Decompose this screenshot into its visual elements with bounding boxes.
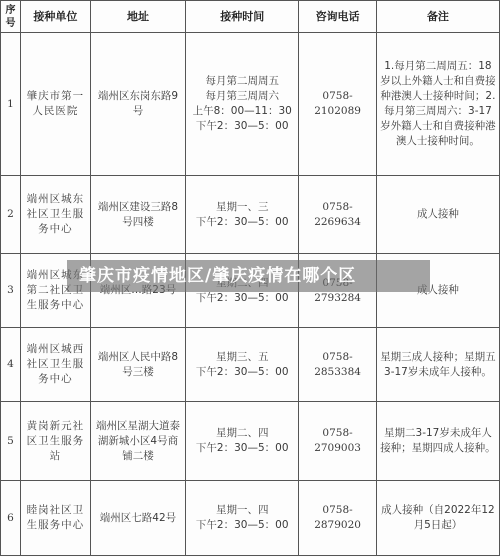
table-row: 5 黄岗新元社区卫生服务站 端州区星湖大道泰湖新城小区4号商铺二楼 星期二、四 … <box>1 402 500 481</box>
cell-time: 星期一、三 下午2：30—5：00 <box>186 176 299 254</box>
cell-no: 1 <box>1 33 21 176</box>
cell-phone: 0758- 2269634 <box>299 176 377 254</box>
cell-unit: 黄岗新元社区卫生服务站 <box>20 402 90 481</box>
table-row: 6 睦岗社区卫生服务中心 端州区七路42号 星期一、四 下午2：30—5：00 … <box>1 481 500 556</box>
cell-time: 星期二、四 下午2：30—5：00 <box>186 402 299 481</box>
header-phone: 咨询电话 <box>299 1 377 33</box>
phone-number: 2269634 <box>302 215 373 230</box>
time-line: 下午2：30—5：00 <box>189 291 295 306</box>
cell-unit: 端州区城东社区卫生服务中心 <box>20 176 90 254</box>
cell-note: 星期三成人接种；星期五3-17岁未成年人接种。 <box>376 328 499 402</box>
phone-area: 0758- <box>302 200 373 215</box>
time-line: 下午2：30—5：00 <box>189 215 295 230</box>
phone-area: 0758- <box>302 350 373 365</box>
cell-phone: 0758- 2879020 <box>299 481 377 556</box>
time-line: 下午2：30—5：00 <box>189 518 295 533</box>
table-header-row: 序号 接种单位 地址 接种时间 咨询电话 备注 <box>1 1 500 33</box>
time-line: 星期一、四 <box>189 503 295 518</box>
cell-note: 1.每月第二周周五：18岁以上外籍人士和自费接种港澳人士接种时间；2.每月第三周… <box>376 33 499 176</box>
table-row: 1 肇庆市第一人民医院 端州区东岗东路9号 每月第二周周五 每月第三周周六 上午… <box>1 33 500 176</box>
header-no: 序号 <box>1 1 21 33</box>
time-line: 星期三、五 <box>189 350 295 365</box>
cell-no: 4 <box>1 328 21 402</box>
vaccination-schedule-document: 序号 接种单位 地址 接种时间 咨询电话 备注 1 肇庆市第一人民医院 端州区东… <box>0 0 500 557</box>
phone-number: 2793284 <box>302 291 373 306</box>
cell-address: 端州区东岗东路9号 <box>90 33 185 176</box>
header-time: 接种时间 <box>186 1 299 33</box>
table-row: 2 端州区城东社区卫生服务中心 端州区建设三路8号四楼 星期一、三 下午2：30… <box>1 176 500 254</box>
cell-phone: 0758- 2853384 <box>299 328 377 402</box>
header-note: 备注 <box>376 1 499 33</box>
cell-no: 2 <box>1 176 21 254</box>
cell-note: 成人接种 <box>376 176 499 254</box>
phone-number: 2853384 <box>302 365 373 380</box>
cell-no: 3 <box>1 254 21 328</box>
cell-unit: 睦岗社区卫生服务中心 <box>20 481 90 556</box>
phone-area: 0758- <box>302 503 373 518</box>
phone-number: 2879020 <box>302 518 373 533</box>
title-overlay-banner: 肇庆市疫情地区/肇庆疫情在哪个区 <box>67 260 430 292</box>
time-line: 下午2：30—5：00 <box>189 441 295 456</box>
cell-note: 成人接种（自2022年12月5日起） <box>376 481 499 556</box>
cell-time: 每月第二周周五 每月第三周周六 上午8：00—11：30 下午2：30—5：00 <box>186 33 299 176</box>
cell-address: 端州区星湖大道泰湖新城小区4号商铺二楼 <box>90 402 185 481</box>
header-unit: 接种单位 <box>20 1 90 33</box>
cell-phone: 0758- 2709003 <box>299 402 377 481</box>
time-line: 星期一、三 <box>189 200 295 215</box>
cell-note: 星期二3-17岁未成年人接种；星期四成人接种。 <box>376 402 499 481</box>
time-line: 每月第二周周五 <box>189 74 295 89</box>
cell-no: 5 <box>1 402 21 481</box>
phone-number: 2102089 <box>302 104 373 119</box>
time-line: 下午2：30—5：00 <box>189 365 295 380</box>
cell-time: 星期一、四 下午2：30—5：00 <box>186 481 299 556</box>
cell-address: 端州区七路42号 <box>90 481 185 556</box>
header-address: 地址 <box>90 1 185 33</box>
cell-no: 6 <box>1 481 21 556</box>
phone-number: 2709003 <box>302 441 373 456</box>
time-line: 星期二、四 <box>189 426 295 441</box>
phone-area: 0758- <box>302 426 373 441</box>
cell-address: 端州区人民中路8号三楼 <box>90 328 185 402</box>
time-line: 下午2：30—5：00 <box>189 119 295 134</box>
cell-address: 端州区建设三路8号四楼 <box>90 176 185 254</box>
cell-phone: 0758- 2102089 <box>299 33 377 176</box>
time-line: 上午8：00—11：30 <box>189 104 295 119</box>
cell-unit: 肇庆市第一人民医院 <box>20 33 90 176</box>
cell-time: 星期三、五 下午2：30—5：00 <box>186 328 299 402</box>
time-line: 每月第三周周六 <box>189 89 295 104</box>
table-row: 4 端州区城西社区卫生服务中心 端州区人民中路8号三楼 星期三、五 下午2：30… <box>1 328 500 402</box>
cell-unit: 端州区城西社区卫生服务中心 <box>20 328 90 402</box>
phone-area: 0758- <box>302 89 373 104</box>
